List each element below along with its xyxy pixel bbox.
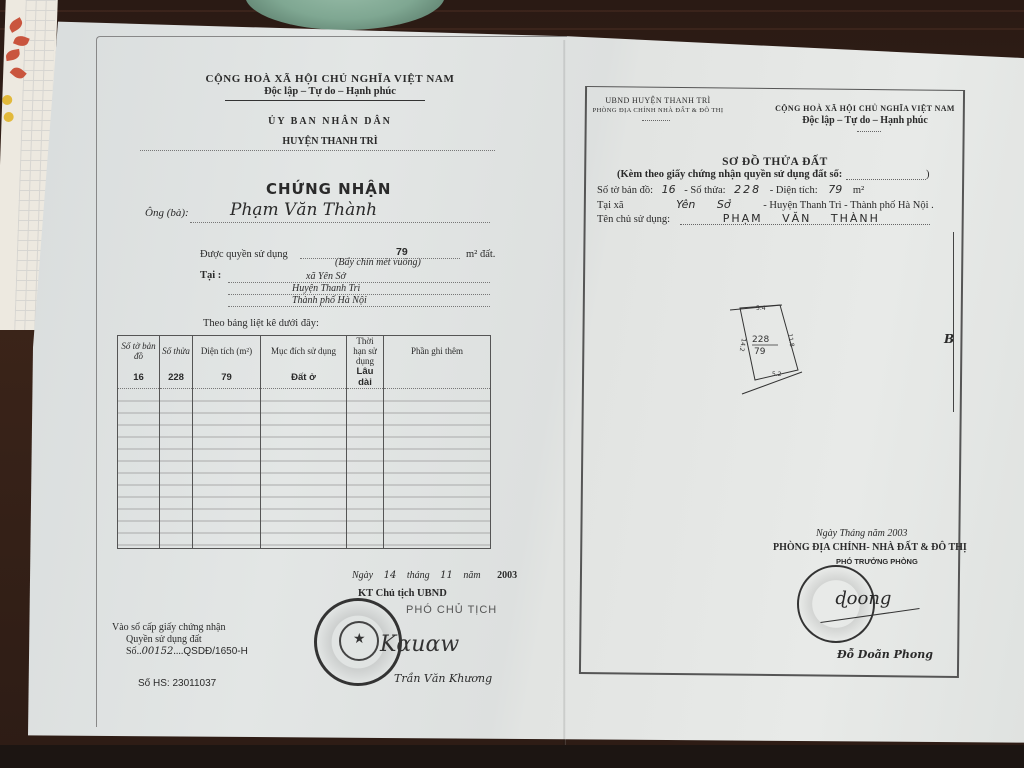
dept-underline [642,120,670,121]
location-district: Huyện Thanh Trì [292,283,360,294]
signer-name-left: Trần Văn Khương [394,672,492,685]
table-grain [0,10,1024,12]
col-notes: Phần ghi thêm [384,336,491,367]
area-unit: m² đất. [466,249,495,260]
north-line [953,232,954,412]
registry-number: Số..00152....QSDĐ/1650-H [126,646,248,657]
col-area: Diện tích (m²) [193,336,261,367]
registry-line2: Quyền sử dụng đất [126,634,202,645]
cell-area: 79 [193,366,261,389]
motto: Độc lập – Tự do – Hạnh phúc [180,86,480,97]
col-map-sheet: Số tờ bản đồ [118,336,160,367]
col-parcel: Số thửa [160,336,193,367]
location-label: Tại : [200,270,221,281]
motto-right: Độc lập – Tự do – Hạnh phúc [770,115,960,126]
nation-header: CỘNG HOÀ XÃ HỘI CHỦ NGHĨA VIỆT NAM [180,73,480,85]
issue-date: Ngày 14 tháng 11 năm 2003 [352,570,517,581]
cell-purpose: Đất ở [261,366,347,389]
dept-line2: PHÒNG ĐỊA CHÍNH NHÀ ĐẤT & ĐÔ THỊ [580,107,736,114]
signer-name-right: Đỗ Doãn Phong [837,648,933,661]
district-title: HUYỆN THANH TRÌ [180,136,480,147]
plot-diagram-title: SƠ ĐỒ THỬA ĐẤT [640,156,910,168]
nation-header-right: CỘNG HOÀ XÃ HỘI CHỦ NGHĨA VIỆT NAM [770,104,960,113]
cert-number-line [846,179,926,180]
col-term: Thời hạn sử dụng [347,336,384,367]
edge-top: 5.4 [756,305,766,312]
motto-underline-right [857,131,881,132]
green-bowl [245,0,445,30]
cell-notes [384,366,491,389]
table-blank-rows [118,389,491,549]
plot-sketch: 228 79 5.4 11.8 5.2 14.2 [730,300,820,395]
signature-chairman: Kɑuɑw [380,632,459,657]
table-intro: Theo bảng liệt kê dưới đây: [203,318,319,329]
use-right-label: Được quyền sử dụng [200,249,288,260]
land-table: Số tờ bản đồ Số thửa Diện tích (m²) Mục … [117,335,491,549]
deputy-head-position: PHÓ TRƯỞNG PHÒNG [836,557,918,566]
diagram-date: Ngày Tháng năm 2003 [816,528,907,539]
authority-title: ỦY BAN NHÂN DÂN [180,116,480,127]
north-marker: B [944,332,954,346]
owner-line-right [680,224,930,225]
map-sheet-row: Số tờ bản đồ: 16 - Số thửa: 228 - Diện t… [597,183,864,196]
owner-line [190,222,490,223]
location-line [228,306,490,307]
location-line [228,282,490,283]
dept-line1: UBND HUYỆN THANH TRÌ [588,96,728,105]
location-city: Thành phố Hà Nội [292,295,367,306]
owner-label: Ông (bà): [145,207,189,219]
registry-line1: Vào sổ cấp giấy chứng nhận [112,622,225,633]
commune-row: Tại xã Yên Sở - Huyện Thanh Trì - Thành … [597,198,934,211]
edge-right: 11.8 [786,333,795,348]
col-purpose: Mục đích sử dụng [261,336,347,367]
location-line [228,294,490,295]
certificate-title: CHỨNG NHẬN [266,180,391,198]
location-commune: xã Yên Sở [306,271,346,282]
close-paren: ) [926,169,930,180]
office-name: PHÒNG ĐỊA CHÍNH- NHÀ ĐẤT & ĐÔ THỊ [773,542,967,553]
signatory-role: KT Chủ tịch UBND [358,588,447,599]
motto-underline [225,100,425,101]
signatory-position: PHÓ CHỦ TỊCH [406,604,497,616]
cell-term: Lâu dài [347,366,384,389]
table-shadow [0,745,1024,768]
plot-parcel-id: 228 [752,335,769,345]
plot-diagram-subtitle: (Kèm theo giấy chứng nhận quyền sử dụng … [617,169,842,180]
file-number: Số HS: 23011037 [138,678,216,689]
cell-parcel: 228 [160,366,193,389]
area-line [300,258,460,259]
edge-bottom: 5.2 [772,371,782,378]
edge-left: 14.2 [738,338,747,353]
signature-office: ɖoong [835,588,891,609]
cell-map-sheet: 16 [118,366,160,389]
divider [140,150,495,151]
owner-name: Phạm Văn Thành [230,200,377,220]
plot-area: 79 [754,347,766,357]
table-row: 16 228 79 Đất ở Lâu dài [118,366,491,389]
